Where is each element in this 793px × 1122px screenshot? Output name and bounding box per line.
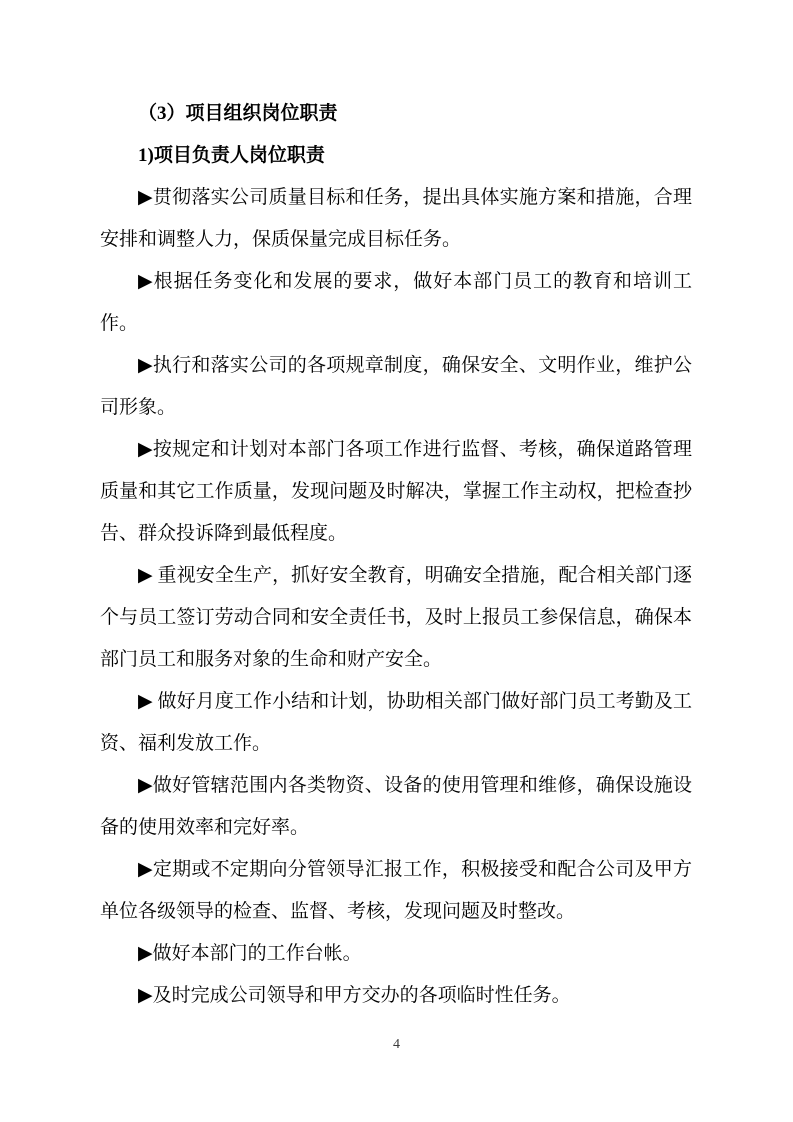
section-heading: （3）项目组织岗位职责 (100, 93, 692, 135)
duty-paragraph: ▶执行和落实公司的各项规章制度，确保安全、文明作业，维护公司形象。 (100, 345, 692, 429)
duty-paragraph: ▶贯彻落实公司质量目标和任务，提出具体实施方案和措施，合理安排和调整人力，保质保… (100, 177, 692, 261)
page-number: 4 (0, 1036, 793, 1054)
document-content: （3）项目组织岗位职责 1)项目负责人岗位职责 ▶贯彻落实公司质量目标和任务，提… (100, 93, 692, 1017)
duty-paragraph: ▶ 重视安全生产，抓好安全教育，明确安全措施，配合相关部门逐个与员工签订劳动合同… (100, 555, 692, 681)
document-page: （3）项目组织岗位职责 1)项目负责人岗位职责 ▶贯彻落实公司质量目标和任务，提… (0, 0, 793, 1122)
duty-paragraph: ▶ 做好月度工作小结和计划，协助相关部门做好部门员工考勤及工资、福利发放工作。 (100, 681, 692, 765)
duty-paragraph: ▶及时完成公司领导和甲方交办的各项临时性任务。 (100, 975, 692, 1017)
duty-paragraph: ▶做好管辖范围内各类物资、设备的使用管理和维修，确保设施设备的使用效率和完好率。 (100, 765, 692, 849)
duty-paragraph: ▶做好本部门的工作台帐。 (100, 933, 692, 975)
duty-paragraph: ▶根据任务变化和发展的要求，做好本部门员工的教育和培训工作。 (100, 261, 692, 345)
subsection-heading: 1)项目负责人岗位职责 (100, 135, 692, 177)
duty-paragraph: ▶定期或不定期向分管领导汇报工作，积极接受和配合公司及甲方单位各级领导的检查、监… (100, 849, 692, 933)
duty-paragraph: ▶按规定和计划对本部门各项工作进行监督、考核，确保道路管理质量和其它工作质量，发… (100, 429, 692, 555)
